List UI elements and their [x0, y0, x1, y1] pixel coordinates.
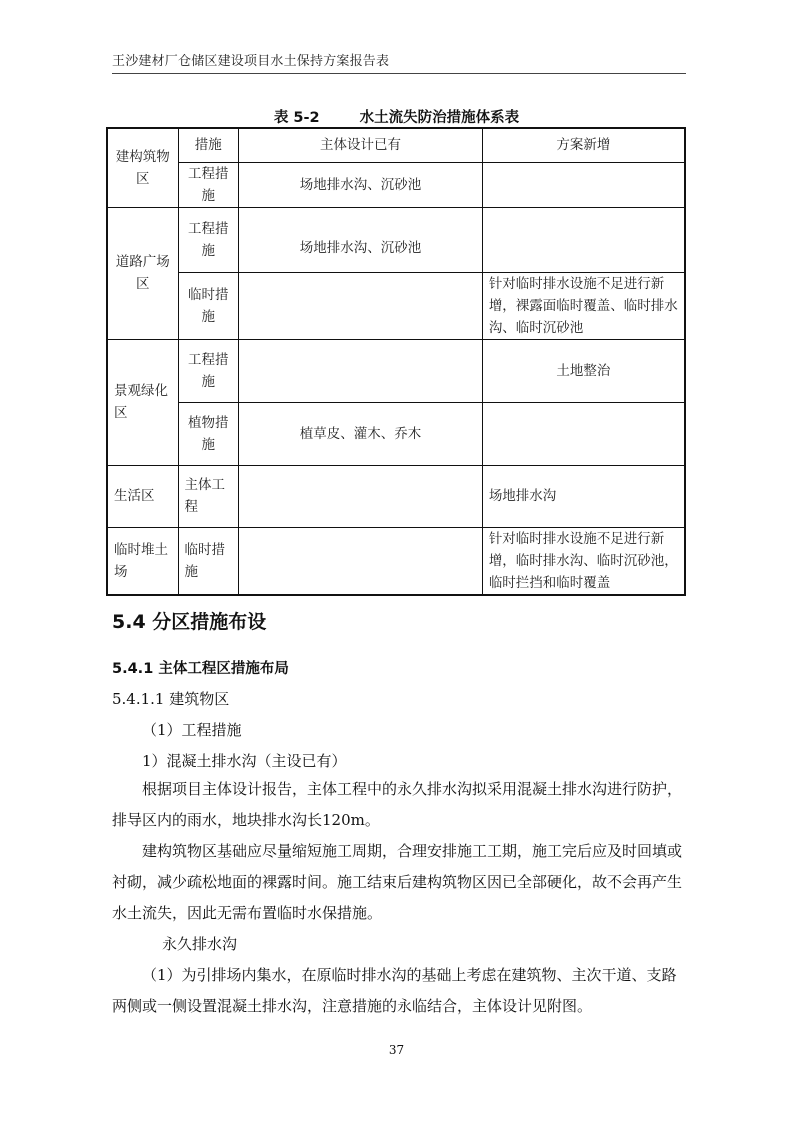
- header-cell: 措施: [178, 128, 239, 162]
- header-rule: [112, 73, 686, 74]
- table-caption: 表 5-2水土流失防治措施体系表: [0, 106, 793, 127]
- table-title: 水土流失防治措施体系表: [360, 110, 520, 126]
- paragraph: 建构筑物区基础应尽量缩短施工周期，合理安排施工工期，施工完后应及时回填或衬砌，减…: [112, 836, 686, 929]
- new-cell: 场地排水沟: [482, 465, 685, 527]
- type-cell: 工程措施: [178, 162, 239, 207]
- new-cell: [482, 402, 685, 465]
- subheading: 永久排水沟: [112, 929, 686, 960]
- table-row: 道路广场区 工程措施 场地排水沟、沉砂池: [107, 207, 685, 272]
- zone-cell: 道路广场区: [107, 207, 178, 339]
- table-row: 工程措施 场地排水沟、沉砂池: [107, 162, 685, 207]
- measures-table: 建构筑物区 措施 主体设计已有 方案新增 工程措施 场地排水沟、沉砂池 道路广场…: [106, 127, 686, 596]
- subsection-heading: 5.4.1 主体工程区措施布局: [112, 657, 289, 678]
- new-cell: [482, 162, 685, 207]
- main-cell: [239, 272, 483, 339]
- paragraph: 根据项目主体设计报告，主体工程中的永久排水沟拟采用混凝土排水沟进行防护，排导区内…: [112, 774, 686, 836]
- page-number: 37: [0, 1043, 793, 1057]
- zone-cell: 临时堆土场: [107, 527, 178, 595]
- type-cell: 工程措施: [178, 207, 239, 272]
- type-cell: 植物措施: [178, 402, 239, 465]
- main-cell: [239, 465, 483, 527]
- header-cell: 主体设计已有: [239, 128, 483, 162]
- table-number: 表 5-2: [274, 110, 320, 126]
- list-item: （1）工程措施: [112, 715, 686, 746]
- table-row: 临时措施 针对临时排水设施不足进行新增，裸露面临时覆盖、临时排水沟、临时沉砂池: [107, 272, 685, 339]
- running-header: 王沙建材厂仓储区建设项目水土保持方案报告表: [112, 50, 389, 69]
- type-cell: 临时措施: [178, 527, 239, 595]
- type-cell: 工程措施: [178, 339, 239, 402]
- zone-cell: 景观绿化区: [107, 339, 178, 465]
- main-cell: [239, 527, 483, 595]
- table-row: 植物措施 植草皮、灌木、乔木: [107, 402, 685, 465]
- zone-cell: 生活区: [107, 465, 178, 527]
- table-row: 生活区 主体工程 场地排水沟: [107, 465, 685, 527]
- main-cell: 场地排水沟、沉砂池: [239, 162, 483, 207]
- new-cell: 针对临时排水设施不足进行新增，裸露面临时覆盖、临时排水沟、临时沉砂池: [482, 272, 685, 339]
- new-cell: 土地整治: [482, 339, 685, 402]
- main-cell: 植草皮、灌木、乔木: [239, 402, 483, 465]
- list-item: 1）混凝土排水沟（主设已有）: [112, 746, 686, 777]
- table-row: 景观绿化区 工程措施 土地整治: [107, 339, 685, 402]
- table-row: 临时堆土场 临时措施 针对临时排水设施不足进行新增，临时排水沟、临时沉砂池，临时…: [107, 527, 685, 595]
- paragraph: （1）为引排场内集水，在原临时排水沟的基础上考虑在建筑物、主次干道、支路两侧或一…: [112, 960, 686, 1022]
- type-cell: 主体工程: [178, 465, 239, 527]
- zone-cell: 建构筑物区: [107, 128, 178, 207]
- new-cell: [482, 207, 685, 272]
- new-cell: 针对临时排水设施不足进行新增，临时排水沟、临时沉砂池，临时拦挡和临时覆盖: [482, 527, 685, 595]
- header-cell: 方案新增: [482, 128, 685, 162]
- main-cell: 场地排水沟、沉砂池: [239, 207, 483, 272]
- table-header-row: 建构筑物区 措施 主体设计已有 方案新增: [107, 128, 685, 162]
- main-cell: [239, 339, 483, 402]
- type-cell: 临时措施: [178, 272, 239, 339]
- section-heading: 5.4 分区措施布设: [112, 607, 266, 634]
- subsubsection-heading: 5.4.1.1 建筑物区: [112, 684, 686, 715]
